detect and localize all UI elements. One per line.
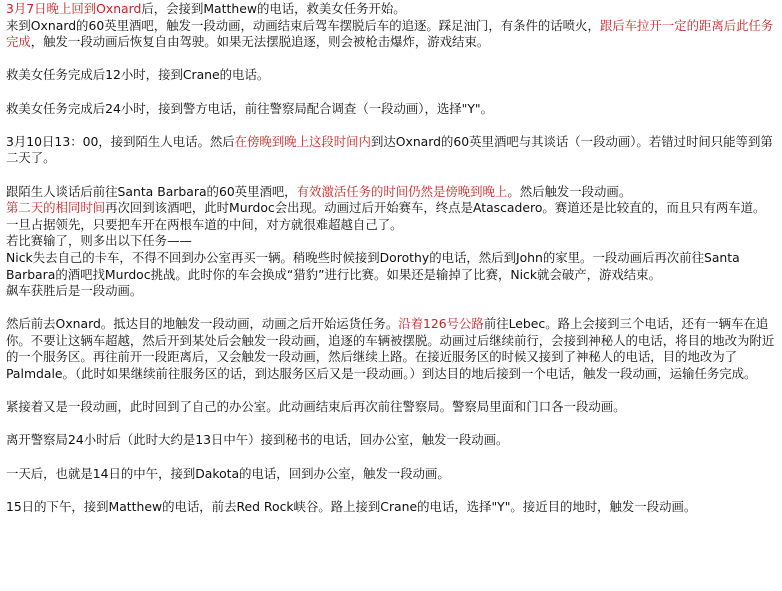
highlighted-text: 在傍晚到晚上这段时间内	[235, 134, 371, 149]
text-segment: 后，会接到Matthew的电话，救美女任务开始。	[141, 1, 405, 16]
text-segment: 飙车获胜后是一段动画。	[6, 283, 142, 298]
paragraph: 然后前去Oxnard。抵达目的地触发一段动画，动画之后开始运货任务。沿着126号…	[6, 316, 776, 382]
paragraph-spacer	[6, 482, 776, 499]
text-segment: 15日的下午，接到Matthew的电话，前去Red Rock峡谷。路上接到Cra…	[6, 499, 696, 514]
paragraph: Nick失去自己的卡车，不得不回到办公室再买一辆。稍晚些时候接到Dorothy的…	[6, 250, 776, 283]
paragraph: 救美女任务完成后12小时，接到Crane的电话。	[6, 67, 776, 84]
text-segment: 再次回到该酒吧，此时Murdoc会出现。动画过后开始赛车，终点是Atascade…	[6, 200, 765, 232]
paragraph-spacer	[6, 383, 776, 400]
paragraph-spacer	[6, 449, 776, 466]
text-segment: Nick失去自己的卡车，不得不回到办公室再买一辆。稍晚些时候接到Dorothy的…	[6, 250, 740, 282]
text-segment: 紧接着又是一段动画，此时回到了自己的办公室。此动画结束后再次前往警察局。警察局里…	[6, 399, 626, 414]
text-segment: 救美女任务完成后12小时，接到Crane的电话。	[6, 67, 269, 82]
text-segment: ，触发一段动画后恢复自由驾驶。如果无法摆脱追逐，则会被枪击爆炸，游戏结束。	[31, 34, 489, 49]
text-segment: 一天后，也就是14日的中午，接到Dakota的电话，回到办公室，触发一段动画。	[6, 466, 450, 481]
paragraph: 3月10日13：00，接到陌生人电话。然后在傍晚到晚上这段时间内到达Oxnard…	[6, 134, 776, 167]
paragraph: 15日的下午，接到Matthew的电话，前去Red Rock峡谷。路上接到Cra…	[6, 499, 776, 516]
paragraph-spacer	[6, 51, 776, 68]
highlighted-text: 沿着126号公路	[398, 316, 484, 331]
text-segment: 3月10日13：00，接到陌生人电话。然后	[6, 134, 235, 149]
paragraph: 来到Oxnard的60英里酒吧，触发一段动画，动画结束后驾车摆脱后车的追逐。踩足…	[6, 18, 776, 51]
text-segment: 救美女任务完成后24小时，接到警方电话，前往警察局配合调查（一段动画），选择"Y…	[6, 101, 493, 116]
text-segment: 。然后触发一段动画。	[507, 184, 631, 199]
text-segment: 跟陌生人谈话后前往Santa Barbara的60英里酒吧，	[6, 184, 297, 199]
paragraph: 跟陌生人谈话后前往Santa Barbara的60英里酒吧，有效激活任务的时间仍…	[6, 184, 776, 201]
paragraph: 紧接着又是一段动画，此时回到了自己的办公室。此动画结束后再次前往警察局。警察局里…	[6, 399, 776, 416]
text-segment: 然后前去Oxnard。抵达目的地触发一段动画，动画之后开始运货任务。	[6, 316, 398, 331]
paragraph-spacer	[6, 167, 776, 184]
highlighted-text: 有效激活任务的时间仍然是傍晚到晚上	[297, 184, 508, 199]
paragraph: 救美女任务完成后24小时，接到警方电话，前往警察局配合调查（一段动画），选择"Y…	[6, 101, 776, 118]
text-segment: 离开警察局24小时后（此时大约是13日中午）接到秘书的电话，回办公室，触发一段动…	[6, 432, 508, 447]
walkthrough-document: 3月7日晚上回到Oxnard后，会接到Matthew的电话，救美女任务开始。来到…	[0, 0, 776, 515]
paragraph-spacer	[6, 416, 776, 433]
paragraph: 若比赛输了，则多出以下任务——	[6, 233, 776, 250]
paragraph-spacer	[6, 300, 776, 317]
paragraph-spacer	[6, 84, 776, 101]
paragraph: 离开警察局24小时后（此时大约是13日中午）接到秘书的电话，回办公室，触发一段动…	[6, 432, 776, 449]
paragraph: 飙车获胜后是一段动画。	[6, 283, 776, 300]
paragraph-spacer	[6, 117, 776, 134]
paragraph: 3月7日晚上回到Oxnard后，会接到Matthew的电话，救美女任务开始。	[6, 1, 776, 18]
highlighted-text: 3月7日晚上回到Oxnard	[6, 1, 141, 16]
paragraph: 第二天的相同时间再次回到该酒吧，此时Murdoc会出现。动画过后开始赛车，终点是…	[6, 200, 776, 233]
text-segment: 来到Oxnard的60英里酒吧，触发一段动画，动画结束后驾车摆脱后车的追逐。踩足…	[6, 18, 600, 33]
paragraph: 一天后，也就是14日的中午，接到Dakota的电话，回到办公室，触发一段动画。	[6, 466, 776, 483]
text-segment: 若比赛输了，则多出以下任务——	[6, 233, 192, 248]
highlighted-text: 第二天的相同时间	[6, 200, 105, 215]
